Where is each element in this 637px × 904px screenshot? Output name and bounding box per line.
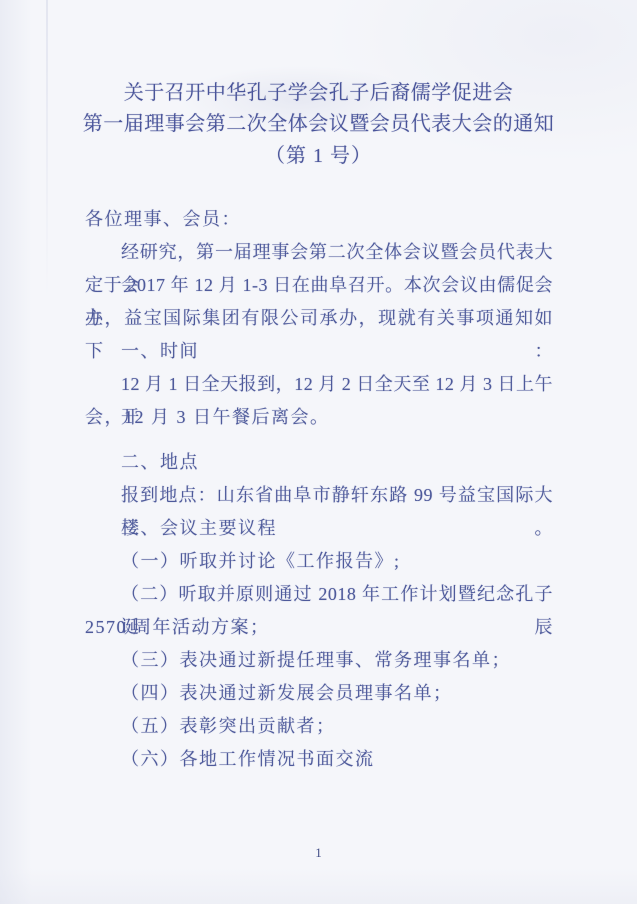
agenda-item-6: （六）各地工作情况书面交流 (85, 743, 553, 776)
agenda-item-3: （三）表决通过新提任理事、常务理事名单； (85, 644, 553, 677)
intro-line-2: 定于 2017 年 12 月 1-3 日在曲阜召开。本次会议由儒促会主 (85, 269, 553, 302)
intro-line-3: 办，益宝国际集团有限公司承办，现就有关事项通知如下： (85, 302, 553, 335)
page-number: 1 (0, 843, 637, 863)
section-2-line-1: 报到地点：山东省曲阜市静轩东路 99 号益宝国际大楼。 (85, 479, 553, 512)
section-1-line-1: 12 月 1 日全天报到，12 月 2 日全天至 12 月 3 日上午开 (85, 368, 553, 401)
title-line-1: 关于召开中华孔子学会孔子后裔儒学促进会 (0, 78, 637, 109)
scanned-notice-page: 关于召开中华孔子学会孔子后裔儒学促进会 第一届理事会第二次全体会议暨会员代表大会… (0, 0, 637, 904)
agenda-item-5: （五）表彰突出贡献者； (85, 710, 553, 743)
salutation: 各位理事、会员： (85, 203, 553, 236)
agenda-item-4: （四）表决通过新发展会员理事名单； (85, 677, 553, 710)
agenda-item-1: （一）听取并讨论《工作报告》; (85, 545, 553, 578)
section-1-line-2: 会，12 月 3 日午餐后离会。 (85, 401, 553, 434)
title-line-2: 第一届理事会第二次全体会议暨会员代表大会的通知 (0, 109, 637, 140)
agenda-item-2-line-1: （二）听取并原则通过 2018 年工作计划暨纪念孔子诞辰 (85, 578, 553, 611)
document-body: 各位理事、会员： 经研究，第一届理事会第二次全体会议暨会员代表大会 定于 201… (85, 203, 553, 776)
intro-line-1: 经研究，第一届理事会第二次全体会议暨会员代表大会 (85, 236, 553, 269)
document-title: 关于召开中华孔子学会孔子后裔儒学促进会 第一届理事会第二次全体会议暨会员代表大会… (0, 78, 637, 172)
section-2-heading: 二、地点 (85, 446, 553, 479)
issue-number: （第 1 号） (0, 141, 637, 172)
